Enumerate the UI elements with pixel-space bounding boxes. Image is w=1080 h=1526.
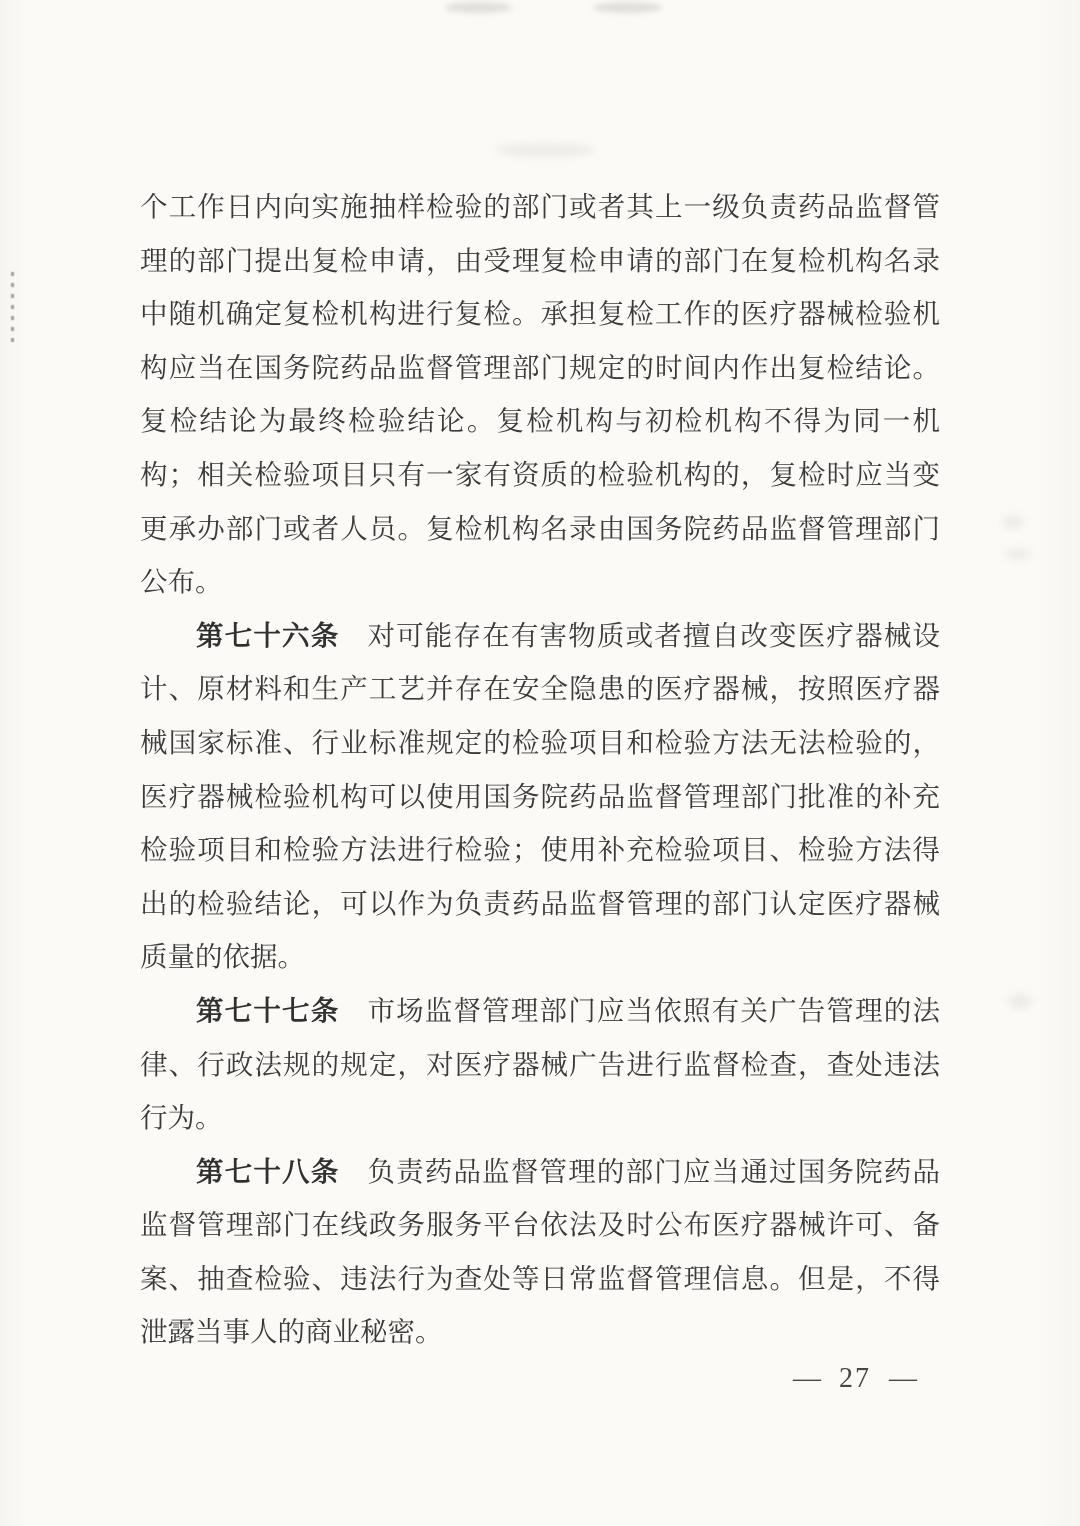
text-line: 检验项目和检验方法进行检验；使用补充检验项目、检验方法得 [140,823,940,877]
text-line: 行为。 [140,1091,940,1145]
scan-artifact [1005,548,1031,560]
text-line: 理的部门提出复检申请，由受理复检申请的部门在复检机构名录 [140,234,940,288]
scan-artifact [11,272,14,344]
text-line: 复检结论为最终检验结论。复检机构与初检机构不得为同一机 [140,394,940,448]
page-footer: —27— [793,1362,917,1396]
article-78-line: 第七十八条负责药品监督管理的部门应当通过国务院药品 [140,1145,940,1199]
text-line: 械国家标准、行业标准规定的检验项目和检验方法无法检验的， [140,716,940,770]
article-76-line: 第七十六条对可能存在有害物质或者擅自改变医疗器械设 [140,609,940,663]
article-number: 第七十八条 [196,1156,339,1187]
article-text: 负责药品监督管理的部门应当通过国务院药品 [367,1156,940,1187]
article-text: 市场监督管理部门应当依照有关广告管理的法 [367,995,940,1026]
article-number: 第七十六条 [196,620,339,651]
text-line: 个工作日内向实施抽样检验的部门或者其上一级负责药品监督管 [140,180,940,234]
text-line: 出的检验结论，可以作为负责药品监督管理的部门认定医疗器械 [140,877,940,931]
text-line: 构应当在国务院药品监督管理部门规定的时间内作出复检结论。 [140,341,940,395]
article-text: 对可能存在有害物质或者擅自改变医疗器械设 [367,620,940,651]
scan-artifact [1002,515,1024,529]
text-line: 中随机确定复检机构进行复检。承担复检工作的医疗器械检验机 [140,287,940,341]
text-line: 医疗器械检验机构可以使用国务院药品监督管理部门批准的补充 [140,770,940,824]
document-text-block: 个工作日内向实施抽样检验的部门或者其上一级负责药品监督管 理的部门提出复检申请，… [140,180,940,1359]
scan-artifact [445,2,512,13]
text-line: 计、原材料和生产工艺并存在安全隐患的医疗器械，按照医疗器 [140,662,940,716]
article-77-line: 第七十七条市场监督管理部门应当依照有关广告管理的法 [140,984,940,1038]
text-line: 公布。 [140,555,940,609]
article-number: 第七十七条 [196,995,339,1026]
text-line: 案、抽查检验、违法行为查处等日常监督管理信息。但是，不得 [140,1252,940,1306]
footer-dash-left: — [793,1363,821,1394]
document-page: 个工作日内向实施抽样检验的部门或者其上一级负责药品监督管 理的部门提出复检申请，… [0,0,1080,1526]
text-line: 律、行政法规的规定，对医疗器械广告进行监督检查，查处违法 [140,1038,940,1092]
text-line: 更承办部门或者人员。复检机构名录由国务院药品监督管理部门 [140,502,940,556]
text-line: 质量的依据。 [140,930,940,984]
scan-artifact [593,2,662,13]
text-line: 监督管理部门在线政务服务平台依法及时公布医疗器械许可、备 [140,1198,940,1252]
text-line: 构；相关检验项目只有一家有资质的检验机构的，复检时应当变 [140,448,940,502]
footer-dash-right: — [889,1363,917,1394]
scan-artifact [495,143,595,157]
scan-artifact [1008,993,1032,1009]
text-line: 泄露当事人的商业秘密。 [140,1305,940,1359]
page-number: 27 [839,1363,871,1394]
